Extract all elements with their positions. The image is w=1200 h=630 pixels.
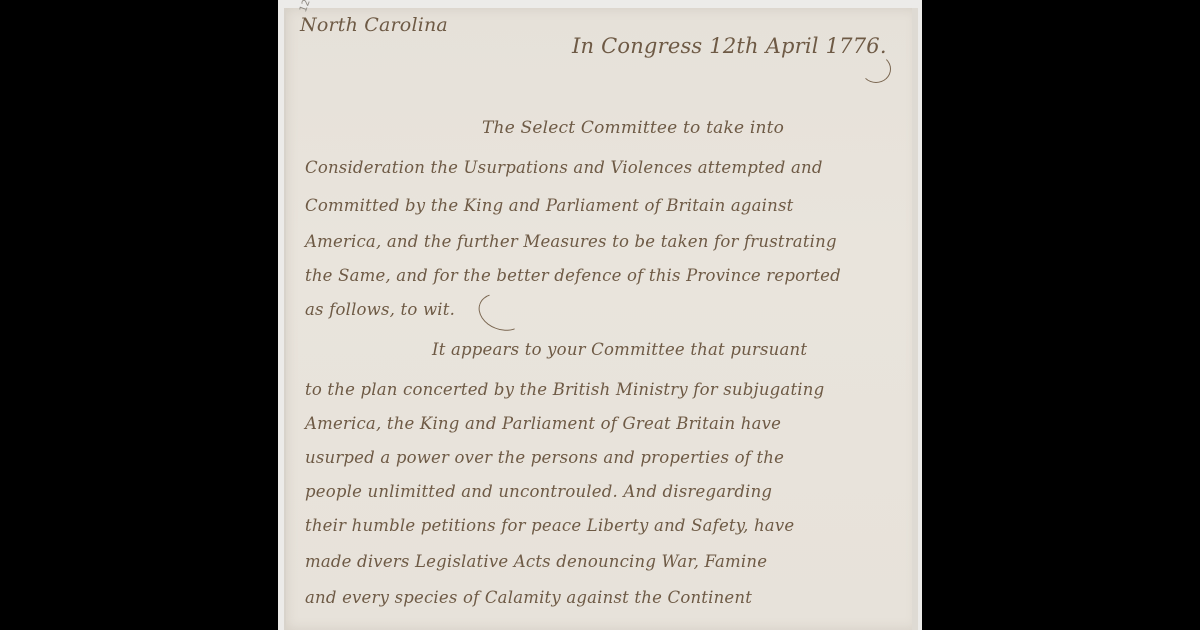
manuscript-line: usurped a power over the persons and pro… [305, 448, 784, 467]
manuscript-line: their humble petitions for peace Liberty… [305, 516, 794, 535]
manuscript-line: The Select Committee to take into [482, 118, 784, 138]
manuscript-line: America, the King and Parliament of Grea… [305, 414, 781, 433]
place-heading: North Carolina [300, 14, 448, 36]
manuscript-line: America, and the further Measures to be … [305, 232, 837, 251]
manuscript-page [284, 8, 918, 630]
dateline: In Congress 12th April 1776. [572, 34, 887, 58]
page-edge [912, 8, 918, 630]
manuscript-line: Committed by the King and Parliament of … [305, 196, 794, 215]
manuscript-line: to the plan concerted by the British Min… [305, 380, 824, 399]
manuscript-line: people unlimitted and uncontrouled. And … [305, 482, 772, 501]
manuscript-line: the Same, and for the better defence of … [305, 266, 841, 285]
dateline-flourish [861, 55, 891, 83]
manuscript-line: and every species of Calamity against th… [305, 588, 752, 607]
manuscript-line: made divers Legislative Acts denouncing … [305, 552, 767, 571]
manuscript-line: as follows, to wit. [305, 300, 455, 319]
manuscript-line: Consideration the Usurpations and Violen… [305, 158, 823, 177]
manuscript-line: It appears to your Committee that pursua… [432, 340, 807, 359]
